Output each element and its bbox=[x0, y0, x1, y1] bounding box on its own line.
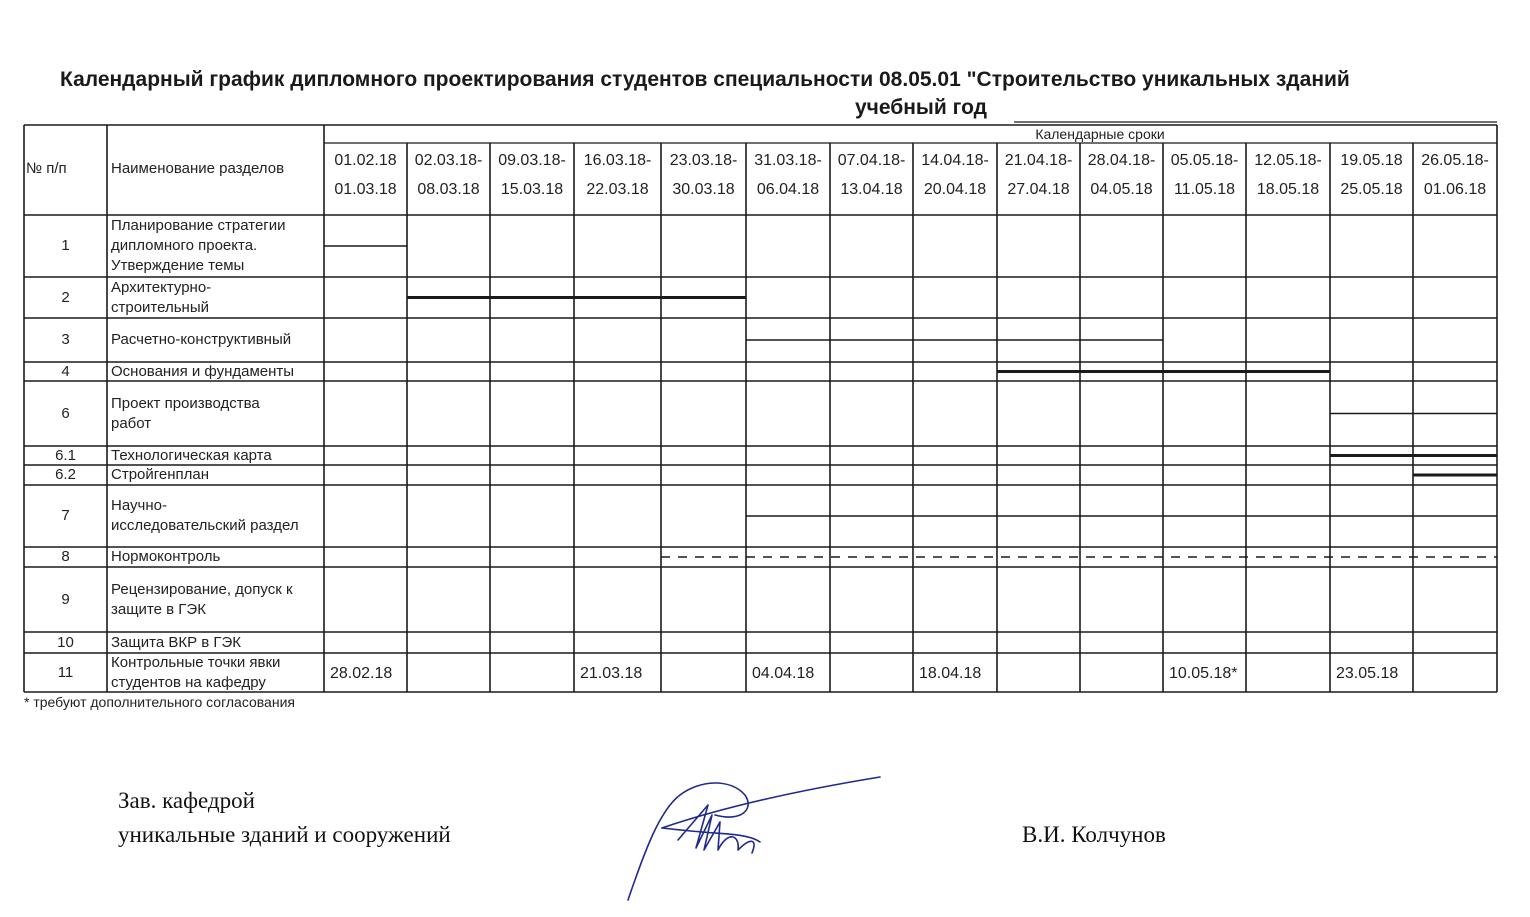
checkpoint-date: 28.02.18 bbox=[330, 664, 405, 684]
checkpoint-date: 21.03.18 bbox=[580, 664, 659, 684]
row-section-name: Проект производства работ bbox=[111, 394, 322, 434]
period-header-end: 18.05.18 bbox=[1246, 175, 1330, 205]
period-header-end: 13.04.18 bbox=[830, 175, 913, 205]
signature-position-line1: Зав. кафедрой bbox=[118, 788, 255, 814]
row-number: 7 bbox=[24, 506, 107, 526]
column-header-number: № п/п bbox=[26, 159, 106, 179]
row-section-name: Расчетно-конструктивный bbox=[111, 330, 322, 350]
row-number: 9 bbox=[24, 590, 107, 610]
period-header-start: 21.04.18- bbox=[997, 146, 1080, 176]
period-header-end: 15.03.18 bbox=[490, 175, 574, 205]
period-header-start: 09.03.18- bbox=[490, 146, 574, 176]
period-header-end: 22.03.18 bbox=[574, 175, 661, 205]
row-number: 11 bbox=[24, 663, 107, 683]
period-header-start: 07.04.18- bbox=[830, 146, 913, 176]
period-header-start: 26.05.18- bbox=[1413, 146, 1497, 176]
row-section-name: Основания и фундаменты bbox=[111, 362, 322, 382]
period-header-start: 01.02.18 bbox=[324, 146, 407, 176]
period-header-end: 25.05.18 bbox=[1330, 175, 1413, 205]
period-header-start: 02.03.18- bbox=[407, 146, 490, 176]
period-header-end: 04.05.18 bbox=[1080, 175, 1163, 205]
row-number: 4 bbox=[24, 362, 107, 382]
row-number: 8 bbox=[24, 547, 107, 567]
row-section-name: Нормоконтроль bbox=[111, 547, 322, 567]
footnote: * требуют дополнительного согласования bbox=[24, 694, 295, 710]
period-header-start: 19.05.18 bbox=[1330, 146, 1413, 176]
row-section-name: Рецензирование, допуск к защите в ГЭК bbox=[111, 580, 322, 620]
row-section-name: Стройгенплан bbox=[111, 465, 322, 485]
signatory-name: В.И. Колчунов bbox=[1022, 822, 1166, 848]
row-number: 6 bbox=[24, 404, 107, 424]
column-header-section-name: Наименование разделов bbox=[111, 159, 326, 179]
period-header-start: 12.05.18- bbox=[1246, 146, 1330, 176]
row-section-name: Защита ВКР в ГЭК bbox=[111, 633, 322, 653]
row-number: 6.1 bbox=[24, 446, 107, 466]
period-header-end: 20.04.18 bbox=[913, 175, 997, 205]
row-number: 6.2 bbox=[24, 465, 107, 485]
checkpoint-date: 18.04.18 bbox=[919, 664, 995, 684]
period-header-start: 31.03.18- bbox=[746, 146, 830, 176]
row-section-name: Научно- исследовательский раздел bbox=[111, 496, 322, 536]
period-header-start: 23.03.18- bbox=[661, 146, 746, 176]
period-header-end: 01.06.18 bbox=[1413, 175, 1497, 205]
signature-position-line2: уникальные зданий и сооружений bbox=[118, 822, 451, 848]
row-section-name: Планирование стратегии дипломного проект… bbox=[111, 216, 322, 276]
period-header-end: 27.04.18 bbox=[997, 175, 1080, 205]
period-header-start: 14.04.18- bbox=[913, 146, 997, 176]
checkpoint-date: 23.05.18 bbox=[1336, 664, 1411, 684]
row-section-name: Контрольные точки явки студентов на кафе… bbox=[111, 653, 322, 693]
period-header-start: 28.04.18- bbox=[1080, 146, 1163, 176]
period-header-end: 06.04.18 bbox=[746, 175, 830, 205]
period-header-start: 16.03.18- bbox=[574, 146, 661, 176]
row-number: 1 bbox=[24, 236, 107, 256]
row-section-name: Технологическая карта bbox=[111, 446, 322, 466]
row-number: 10 bbox=[24, 633, 107, 653]
checkpoint-date: 10.05.18* bbox=[1169, 664, 1244, 684]
period-header-end: 11.05.18 bbox=[1163, 175, 1246, 205]
period-header-end: 08.03.18 bbox=[407, 175, 490, 205]
period-header-start: 05.05.18- bbox=[1163, 146, 1246, 176]
row-number: 2 bbox=[24, 288, 107, 308]
period-header-end: 01.03.18 bbox=[324, 175, 407, 205]
checkpoint-date: 04.04.18 bbox=[752, 664, 828, 684]
handwritten-signature-icon bbox=[600, 760, 900, 917]
row-section-name: Архитектурно- строительный bbox=[111, 278, 322, 318]
period-header-end: 30.03.18 bbox=[661, 175, 746, 205]
row-number: 3 bbox=[24, 330, 107, 350]
calendar-header: Календарные сроки bbox=[900, 125, 1300, 143]
